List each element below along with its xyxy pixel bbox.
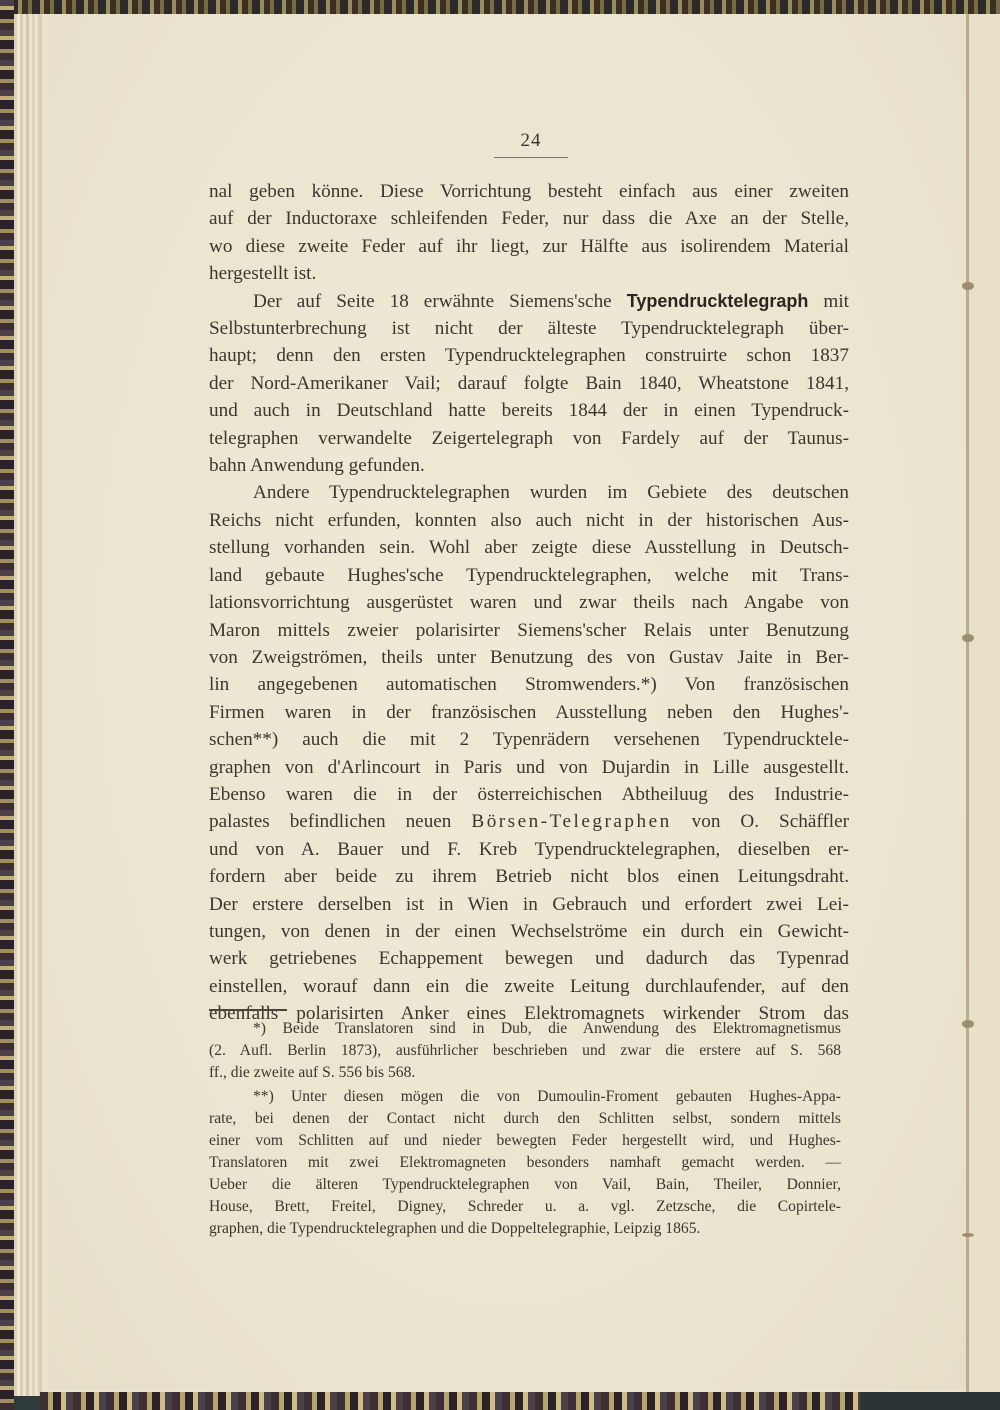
text-run: Beide Translatoren sind in Dub, die Anwe…: [283, 1020, 842, 1037]
footnote-line: Ueber die älteren Typendrucktelegraphen …: [209, 1174, 841, 1196]
bold-term: Typendrucktelegraph: [627, 291, 809, 311]
text-line: Selbstunterbrechung ist nicht der ältest…: [209, 315, 849, 342]
text-run: Unter diesen mögen die von Dumoulin-From…: [291, 1088, 841, 1105]
body-text: nal geben könne. Diese Vorrichtung beste…: [209, 178, 849, 1028]
text-line: auf der Inductoraxe schleifenden Feder, …: [209, 205, 849, 232]
text-line: schen**) auch die mit 2 Typenrädern vers…: [209, 726, 849, 753]
text-line: land gebaute Hughes'sche Typendruckteleg…: [209, 562, 849, 589]
text-line: bahn Anwendung gefunden.: [209, 452, 849, 479]
text-line: nal geben könne. Diese Vorrichtung beste…: [209, 178, 849, 205]
text-run: palastes befindlichen neuen: [209, 811, 451, 832]
binding-thread-icon: [962, 282, 974, 290]
text-line: wo diese zweite Feder auf ihr liegt, zur…: [209, 233, 849, 260]
footnote-marker: *): [253, 1020, 266, 1037]
text-line: stellung vorhanden sein. Wohl aber zeigt…: [209, 534, 849, 561]
text-line-with-bold-term: Der auf Seite 18 erwähnte Siemens'sche T…: [209, 288, 849, 315]
text-line: Reichs nicht erfunden, konnten also auch…: [209, 507, 849, 534]
text-run: von O. Schäffler: [692, 811, 849, 832]
page-number-rule: [494, 157, 568, 158]
text-line: Andere Typendrucktelegraphen wurden im G…: [209, 479, 849, 506]
spaced-term: Börsen-Telegraphen: [471, 811, 671, 832]
footnote-line: **) Unter diesen mögen die von Dumoulin-…: [209, 1086, 841, 1108]
text-line: hergestellt ist.: [209, 260, 849, 287]
text-line: werk getriebenes Echappement bewegen und…: [209, 945, 849, 972]
footnote-marker: **): [253, 1088, 274, 1105]
text-run: Der auf Seite 18 erwähnte Siemens'sche: [253, 291, 612, 312]
text-line: einstellen, worauf dann ein die zweite L…: [209, 973, 849, 1000]
facing-page-edge: [969, 14, 1000, 1394]
footnote-line: graphen, die Typendrucktelegraphen und d…: [209, 1218, 841, 1240]
text-line: fordern aber beide zu ihrem Betrieb nich…: [209, 863, 849, 890]
page-number: 24: [494, 130, 568, 152]
text-line: der Nord-Amerikaner Vail; darauf folgte …: [209, 370, 849, 397]
book-binding-top: [0, 0, 1000, 14]
text-line: lin angegebenen automatischen Stromwende…: [209, 671, 849, 698]
text-line: Maron mittels zweier polarisirter Siemen…: [209, 617, 849, 644]
book-cover-corner: [860, 1392, 1000, 1410]
footnotes: *) Beide Translatoren sind in Dub, die A…: [209, 1018, 841, 1240]
text-line: tungen, von denen in der einen Wechselst…: [209, 918, 849, 945]
footnote-line: (2. Aufl. Berlin 1873), ausführlicher be…: [209, 1040, 841, 1062]
text-line-with-spaced-term: palastes befindlichen neuen Börsen-Teleg…: [209, 808, 849, 835]
text-line: und auch in Deutschland hatte bereits 18…: [209, 397, 849, 424]
book-binding-bottom: [40, 1392, 860, 1410]
footnote-line: House, Brett, Freitel, Digney, Schreder …: [209, 1196, 841, 1218]
binding-thread-icon: [962, 634, 974, 642]
text-line: graphen von d'Arlincourt in Paris und vo…: [209, 754, 849, 781]
book-binding-left: [0, 0, 14, 1410]
binding-thread-icon: [962, 1020, 974, 1028]
footnote-rule: [209, 1009, 287, 1011]
binding-thread-icon: [962, 1233, 974, 1237]
text-line: haupt; denn den ersten Typendrucktelegra…: [209, 342, 849, 369]
text-line: und von A. Bauer und F. Kreb Typendruckt…: [209, 836, 849, 863]
footnote-line: einer vom Schlitten auf und nieder beweg…: [209, 1130, 841, 1152]
text-line: telegraphen verwandelte Zeigertelegraph …: [209, 425, 849, 452]
footnote-line: *) Beide Translatoren sind in Dub, die A…: [209, 1018, 841, 1040]
text-run: mit: [823, 291, 849, 312]
footnote-line: rate, bei denen der Contact nicht durch …: [209, 1108, 841, 1130]
footnote-line: Translatoren mit zwei Elektromagneten be…: [209, 1152, 841, 1174]
text-line: lationsvorrichtung ausgerüstet waren und…: [209, 589, 849, 616]
text-line: von Zweigströmen, theils unter Benutzung…: [209, 644, 849, 671]
footnote-line: ff., die zweite auf S. 556 bis 568.: [209, 1062, 841, 1084]
text-line: Firmen waren in der französischen Ausste…: [209, 699, 849, 726]
text-line: Der erstere derselben ist in Wien in Geb…: [209, 891, 849, 918]
text-line: Ebenso waren die in der österreichischen…: [209, 781, 849, 808]
